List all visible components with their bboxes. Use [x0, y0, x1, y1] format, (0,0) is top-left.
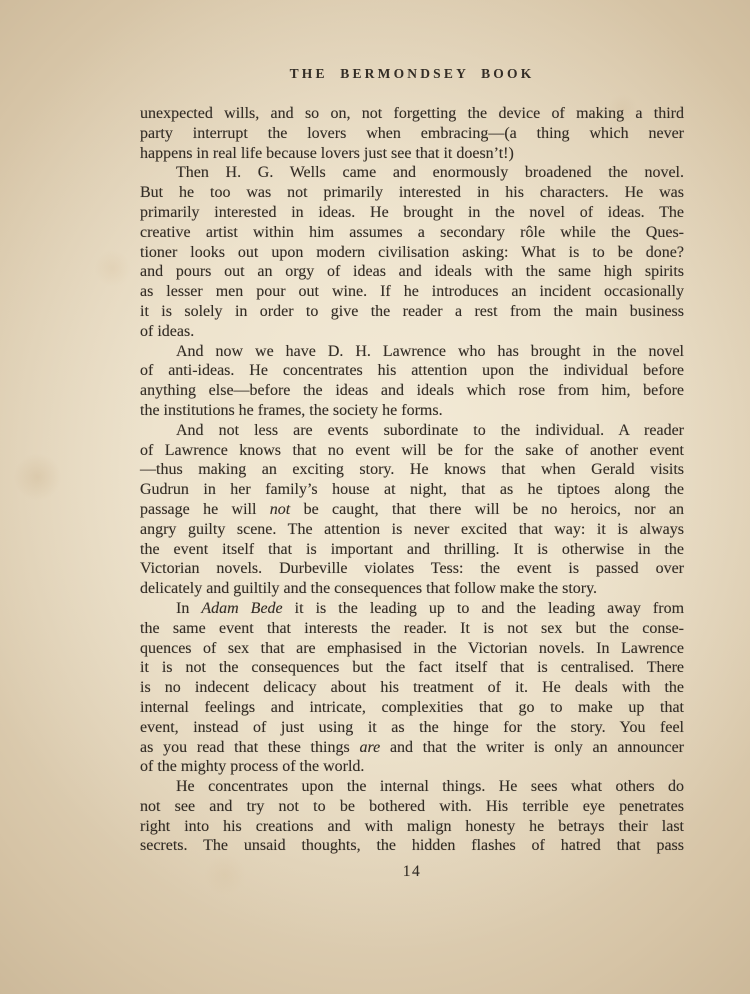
paragraph: And now we have D. H. Lawrence who has b… [140, 342, 684, 421]
scanned-book-page: THE BERMONDSEY BOOK unexpected wills, an… [0, 0, 750, 994]
text-line: And not less are events subordinate to t… [140, 421, 684, 441]
text-line: anything else—before the ideas and ideal… [140, 381, 684, 401]
text-line: Victorian novels. Durbeville violates Te… [140, 559, 684, 579]
text-line: of the mighty process of the world. [140, 757, 684, 777]
page-number: 14 [140, 863, 684, 881]
text-line: as you read that these things are and th… [140, 738, 684, 758]
text-run: as lesser men pour out wine. If he intro… [140, 283, 684, 300]
paragraph: Then H. G. Wells came and enormously bro… [140, 163, 684, 341]
paragraph: He concentrates upon the internal things… [140, 777, 684, 856]
text-line: not see and try not to be bothered with.… [140, 797, 684, 817]
text-line: event, instead of just using it as the h… [140, 718, 684, 738]
text-run: and that the writer is only an announcer [380, 739, 684, 756]
italic-text: are [359, 739, 380, 756]
text-line: And now we have D. H. Lawrence who has b… [140, 342, 684, 362]
text-run: Gudrun in her family’s house at night, t… [140, 481, 684, 498]
italic-text: Adam Bede [201, 600, 282, 617]
text-line: —thus making an exciting story. He knows… [140, 460, 684, 480]
text-line: In Adam Bede it is the leading up to and… [140, 599, 684, 619]
text-line: the institutions he frames, the society … [140, 401, 684, 421]
text-run: unexpected wills, and so on, not forgett… [140, 105, 684, 122]
text-line: He concentrates upon the internal things… [140, 777, 684, 797]
text-line: happens in real life because lovers just… [140, 144, 684, 164]
paragraph: And not less are events subordinate to t… [140, 421, 684, 599]
text-line: is no indecent delicacy about his treatm… [140, 678, 684, 698]
text-line: right into his creations and with malign… [140, 817, 684, 837]
text-run: not see and try not to be bothered with.… [140, 798, 684, 815]
text-line: angry guilty scene. The attention is nev… [140, 520, 684, 540]
text-line: the event itself that is important and t… [140, 540, 684, 560]
text-run: delicately and guiltily and the conseque… [140, 580, 597, 597]
text-run: Then H. G. Wells came and enormously bro… [176, 164, 684, 181]
text-run: and pours out an orgy of ideas and ideal… [140, 263, 684, 280]
text-run: But he too was not primarily interested … [140, 184, 684, 201]
text-line: the same event that interests the reader… [140, 619, 684, 639]
text-line: of anti-ideas. He concentrates his atten… [140, 361, 684, 381]
text-run: party interrupt the lovers when embracin… [140, 125, 684, 142]
text-run: anything else—before the ideas and ideal… [140, 382, 684, 399]
text-line: passage he will not be caught, that ther… [140, 500, 684, 520]
paragraph: In Adam Bede it is the leading up to and… [140, 599, 684, 777]
text-run: And now we have D. H. Lawrence who has b… [176, 343, 684, 360]
text-line: party interrupt the lovers when embracin… [140, 124, 684, 144]
text-run: Victorian novels. Durbeville violates Te… [140, 560, 684, 577]
text-line: creative artist within him assumes a sec… [140, 223, 684, 243]
text-run: tioner looks out upon modern civilisatio… [140, 244, 684, 261]
text-run: He concentrates upon the internal things… [176, 778, 684, 795]
text-run: passage he will [140, 501, 270, 518]
text-line: But he too was not primarily interested … [140, 183, 684, 203]
text-run: the same event that interests the reader… [140, 620, 684, 637]
text-run: of ideas. [140, 323, 194, 340]
text-run: is no indecent delicacy about his treatm… [140, 679, 684, 696]
text-run: as you read that these things [140, 739, 359, 756]
text-run: In [176, 600, 201, 617]
text-run: happens in real life because lovers just… [140, 145, 514, 162]
text-line: secrets. The unsaid thoughts, the hidden… [140, 836, 684, 856]
text-run: angry guilty scene. The attention is nev… [140, 521, 684, 538]
text-line: it is solely in order to give the reader… [140, 302, 684, 322]
text-run: event, instead of just using it as the h… [140, 719, 684, 736]
text-run: the event itself that is important and t… [140, 541, 684, 558]
text-line: primarily interested in ideas. He brough… [140, 203, 684, 223]
text-run: be caught, that there will be no heroics… [290, 501, 684, 518]
text-line: of ideas. [140, 322, 684, 342]
text-run: it is solely in order to give the reader… [140, 303, 684, 320]
running-header: THE BERMONDSEY BOOK [140, 66, 684, 82]
text-run: And not less are events subordinate to t… [176, 422, 684, 439]
text-run: quences of sex that are emphasised in th… [140, 640, 684, 657]
text-line: delicately and guiltily and the conseque… [140, 579, 684, 599]
italic-text: not [270, 501, 290, 518]
body-text: unexpected wills, and so on, not forgett… [140, 104, 684, 856]
text-run: creative artist within him assumes a sec… [140, 224, 684, 241]
text-line: tioner looks out upon modern civilisatio… [140, 243, 684, 263]
text-line: of Lawrence knows that no event will be … [140, 441, 684, 461]
text-line: internal feelings and intricate, complex… [140, 698, 684, 718]
text-run: internal feelings and intricate, complex… [140, 699, 684, 716]
text-run: of the mighty process of the world. [140, 758, 364, 775]
text-run: primarily interested in ideas. He brough… [140, 204, 684, 221]
text-run: secrets. The unsaid thoughts, the hidden… [140, 837, 684, 854]
text-line: Gudrun in her family’s house at night, t… [140, 480, 684, 500]
text-line: it is not the consequences but the fact … [140, 658, 684, 678]
text-line: and pours out an orgy of ideas and ideal… [140, 262, 684, 282]
text-line: Then H. G. Wells came and enormously bro… [140, 163, 684, 183]
text-run: it is not the consequences but the fact … [140, 659, 684, 676]
text-line: quences of sex that are emphasised in th… [140, 639, 684, 659]
text-run: right into his creations and with malign… [140, 818, 684, 835]
text-line: as lesser men pour out wine. If he intro… [140, 282, 684, 302]
text-run: the institutions he frames, the society … [140, 402, 443, 419]
text-run: of Lawrence knows that no event will be … [140, 442, 684, 459]
paragraph: unexpected wills, and so on, not forgett… [140, 104, 684, 163]
text-run: it is the leading up to and the leading … [283, 600, 684, 617]
text-line: unexpected wills, and so on, not forgett… [140, 104, 684, 124]
text-run: of anti-ideas. He concentrates his atten… [140, 362, 684, 379]
text-run: —thus making an exciting story. He knows… [140, 461, 684, 478]
